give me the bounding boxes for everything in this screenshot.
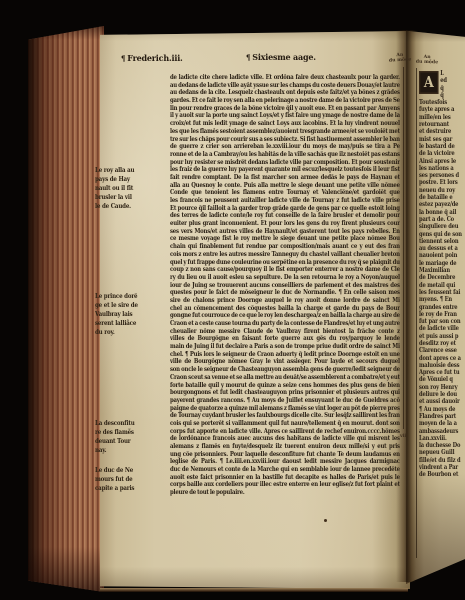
- text-line: forte bataille quil y mourut de quinze a…: [170, 382, 400, 390]
- margin-note-line: Vaulbray lais: [95, 310, 165, 319]
- text-line: les feussent fai: [419, 289, 465, 296]
- text-line: chel. ¶ Puis lors le seigneur de Craon a…: [170, 351, 400, 359]
- text-line: gongne fut courrouce de ce que le roy le…: [170, 312, 400, 320]
- text-line: Craon et a ceste cause tourna du party d…: [170, 320, 400, 328]
- text-line: de Võnuiel q: [419, 376, 465, 383]
- text-line: Flandres part: [419, 413, 465, 420]
- text-line: cheualier nõme messire Claude de Vaulbra…: [170, 328, 400, 336]
- running-head-left: ¶Frederich.iii.: [121, 53, 183, 63]
- text-line: retournant: [419, 121, 465, 128]
- text-line: et aussi dauoir: [419, 398, 465, 405]
- pilcrow-icon: ¶: [121, 54, 125, 63]
- text-line: paigne de quatorze a quinze mil alemans …: [170, 405, 400, 413]
- page-edge-stack: [28, 26, 104, 592]
- margin-note-line: nay.: [95, 446, 165, 455]
- text-line: pour luy resister se misdrẽt dedans ladi…: [170, 159, 400, 167]
- margin-note-line: pays de Hay: [95, 175, 165, 184]
- text-line: singuliere deu: [419, 223, 465, 230]
- text-line: de Bourbon et: [419, 471, 465, 478]
- column-rule-left: [403, 67, 404, 429]
- text-line: fut par son con: [419, 318, 465, 325]
- text-line: mille/en les: [419, 114, 465, 121]
- text-line: ry du lieu ou il auoit esleu sa sepultur…: [170, 274, 400, 282]
- text-line: postre. Et lors: [419, 179, 465, 186]
- text-line: son oncle le seigneur de Chasteauguyon a…: [170, 366, 400, 374]
- text-line: chain qui finablement fut rendue par com…: [170, 243, 400, 251]
- text-line: gens qui de son: [419, 231, 465, 238]
- text-line: ses persones d: [419, 172, 465, 179]
- margin-note-line: Le duc de Ne: [95, 466, 165, 475]
- page-bottom-edge: [100, 588, 408, 592]
- pilcrow-icon: ¶: [246, 53, 250, 62]
- text-line: ronne et de la a Cambray/ou les habitãs …: [170, 151, 400, 159]
- column-rule-right: [416, 68, 417, 558]
- text-line: euiter plus grant inconuenient. Et pour …: [170, 220, 400, 228]
- text-line: tiennent selon: [419, 238, 465, 245]
- text-line: au dedans de ladicte ville ayãt yssue su…: [170, 82, 400, 90]
- text-line: de ladicte ville: [419, 325, 465, 332]
- text-line: fuyte apres a: [419, 106, 465, 113]
- text-line: nepueu Guill: [419, 449, 465, 456]
- text-line: les fraiz de la guerre luy payerent quar…: [170, 166, 400, 174]
- text-line: de Decembre: [419, 274, 465, 281]
- text-line: le mariage de: [419, 260, 465, 267]
- text-line: auoit este faict prisonnier en la bastil…: [170, 474, 400, 482]
- text-line: de la victoire: [419, 150, 465, 157]
- margin-note-line: La desconfitu: [95, 419, 165, 428]
- text-line: questes pour le faict de mõseigneur le d…: [170, 289, 400, 297]
- margin-note-line: brusler la vil: [95, 193, 165, 202]
- text-line: tre sur les chãps pour courir sus a ses …: [170, 136, 400, 144]
- margin-note-line: serent lalliãce: [95, 319, 165, 328]
- text-line: iour de Juing se trouuerent aucuns conse…: [170, 282, 400, 290]
- text-line: ce mesme voyage fist le roy mettre le si…: [170, 235, 400, 243]
- text-line: q̃: [440, 92, 465, 99]
- running-head-center-title: Sixiesme aage.: [252, 52, 316, 62]
- gutter-label-line: du mõde: [414, 60, 440, 66]
- margin-note-line: le de Caude.: [95, 202, 165, 211]
- text-line: duc de Nemours et conte de la Marche qui…: [170, 466, 400, 474]
- text-line: Apres ce fut tu: [419, 369, 465, 376]
- text-line: croix/et fut mis ledit ymage de sainct L…: [170, 120, 400, 128]
- text-line: de bataille e: [419, 194, 465, 201]
- text-line: des terres de ladicte conte/le roy fut c…: [170, 212, 400, 220]
- text-line: le roy de Fran: [419, 311, 465, 318]
- text-line: les francois ne peussent auitailler ladi…: [170, 197, 400, 205]
- margin-note-line: mours fut de: [95, 475, 165, 484]
- text-line: gardes. Et ce fait le roy sen alla en pe…: [170, 97, 400, 105]
- woodcut-initial: A: [419, 71, 439, 94]
- text-line: les que les flamẽs sestoient assemblez/a…: [170, 128, 400, 136]
- gutter-label-an-du-monde-left: An du mõde: [387, 52, 414, 64]
- text-line: corps baille aux cordeliers pour illec e…: [170, 481, 400, 489]
- text-line: la bonne q̃ ail: [419, 209, 465, 216]
- text-line: fait rendre comptant. De la fist marcher…: [170, 174, 400, 182]
- text-line: Lan.xxviii.: [419, 435, 465, 442]
- text-line: de Tournay cuydant brusler les faulxbour…: [170, 412, 400, 420]
- text-line: ville de Bourgõgne nõmee Gray le vint as…: [170, 358, 400, 366]
- text-line: la duchesse Do: [419, 442, 465, 449]
- text-line: fille/et du filz d: [419, 457, 465, 464]
- text-line: neueu du roy: [419, 187, 465, 194]
- margin-note: Le duc de Nemours fut decapite a paris: [95, 466, 165, 493]
- text-line: nauoient poin: [419, 252, 465, 259]
- margin-note-line: deuant Tour: [95, 437, 165, 446]
- running-head-center: ¶Sixiesme aage.: [246, 52, 316, 62]
- text-line: Craon sceut sa venue et se alla mettre a…: [170, 374, 400, 382]
- margin-note-line: du roy.: [95, 328, 165, 337]
- text-line: ung cõe prisonniers. Pour laquelle desco…: [170, 451, 400, 459]
- text-line: de lordõnance francois auec aucuns des h…: [170, 435, 400, 443]
- text-line: pleure de tout le populaire.: [170, 489, 400, 497]
- text-line: maluoisie dess: [419, 362, 465, 369]
- text-line: corps fut apporte en ladicte ville. Apre…: [170, 428, 400, 436]
- text-line: ed: [440, 77, 465, 84]
- text-line: ambassadeurs: [419, 428, 465, 435]
- text-line: vindrent a Par: [419, 464, 465, 471]
- text-line: alla au Quesnoy le conte. Puis alla mett…: [170, 182, 400, 190]
- margin-note-line: re des flamẽs: [95, 428, 165, 437]
- text-line: le bastard de: [419, 143, 465, 150]
- text-line: son roy Henry: [419, 384, 465, 391]
- text-line: deliure le dou: [419, 391, 465, 398]
- text-line: de ladicte cite chere ladicte ville. Et …: [170, 74, 400, 82]
- margin-note-line: capite a paris: [95, 484, 165, 493]
- text-line: Toutesfois: [419, 99, 465, 106]
- margin-note: La desconfiture des flamẽsdeuant Tournay…: [95, 419, 165, 455]
- text-line: de guerre z crier son arriereban le.xxvi…: [170, 143, 400, 151]
- text-line: desditz roy et: [419, 340, 465, 347]
- text-line: L: [440, 70, 465, 77]
- text-line: payerent grandes rancons. ¶ Au moys de J…: [170, 397, 400, 405]
- text-line: il y auoit sur la porte ung sainct Loys/…: [170, 112, 400, 120]
- margin-note: Le prince dorẽge et le sire deVaulbray l…: [95, 292, 165, 336]
- main-text-block: de ladicte cite chere ladicte ville. Et …: [170, 74, 400, 497]
- text-line: lin pour rendre graces de la bõne victoi…: [170, 105, 400, 113]
- text-line: part a de. Co: [419, 216, 465, 223]
- text-line: au dedans de la cite. Lesquelz chasteaul…: [170, 89, 400, 97]
- text-line: bourgongnons et fut ledit chasteauguyon …: [170, 389, 400, 397]
- text-line: leglise de Paris. ¶ Le.iiii.en.xxviii.io…: [170, 458, 400, 466]
- text-line: ses vers Mons/et autres villes de Haynau…: [170, 228, 400, 236]
- text-line: et destruire: [419, 128, 465, 135]
- text-line: q̃: [440, 85, 465, 92]
- margin-note-line: nault ou il fit: [95, 184, 165, 193]
- text-line: Ainsi apres le: [419, 158, 465, 165]
- text-line: Clarence esse: [419, 347, 465, 354]
- text-line: chel au cõmencement des cõquestes bailla…: [170, 305, 400, 313]
- margin-note-line: Le roy alla au: [95, 166, 165, 175]
- text-line: de metail qui: [419, 282, 465, 289]
- text-line: sire de chalons prince Doornge auquel le…: [170, 297, 400, 305]
- text-line: alemans z flamẽs en fuyte/desquelz ilz t…: [170, 443, 400, 451]
- text-line: quel y fut frappe dune couleurine ou ser…: [170, 259, 400, 267]
- text-line: coup z non sans cause/pourquoy il le fis…: [170, 266, 400, 274]
- text-line: et puis aussi p: [419, 333, 465, 340]
- margin-note-line: ge et le sire de: [95, 301, 165, 310]
- text-line: Conde que tenoient les flamens entre Tou…: [170, 189, 400, 197]
- text-line: moyen de la a: [419, 420, 465, 427]
- margin-note-line: Le prince dorẽ: [95, 292, 165, 301]
- text-line: les nations a: [419, 165, 465, 172]
- running-head-left-title: Frederich.iii.: [127, 53, 182, 63]
- text-line: Et pource q̃il failloit a la garder trop…: [170, 205, 400, 213]
- text-line: main de Juing il fut declaire a Paris a …: [170, 343, 400, 351]
- margin-note: Le roy alla aupays de Haynault ou il fit…: [95, 166, 165, 210]
- text-line: estez payez/de: [419, 201, 465, 208]
- ink-spot: [324, 519, 327, 522]
- text-line: Maximilian: [419, 267, 465, 274]
- book-photo: ¶Frederich.iii. ¶Sixiesme aage. An du mõ…: [0, 0, 465, 600]
- right-page-text-block: A Ledq̃q̃Toutesfoisfuyte apres amille/en…: [419, 70, 465, 479]
- text-line: au dessus et a: [419, 245, 465, 252]
- text-line: cois qui se porterẽt si vaillamment quil…: [170, 420, 400, 428]
- text-line: myens. ¶ En: [419, 296, 465, 303]
- text-line: dont apres ce a: [419, 355, 465, 362]
- gutter-label-an-du-monde-right: An du mõde: [414, 55, 440, 66]
- text-line: grandes entre: [419, 304, 465, 311]
- text-line: villes de Bourgõgne en faisant forte gue…: [170, 335, 400, 343]
- margin-year-number: vii: [400, 434, 406, 439]
- text-line: mist ses gar: [419, 136, 465, 143]
- text-line: cois mors z entre les autres messire Tan…: [170, 251, 400, 259]
- text-line: ¶ Au moys de: [419, 406, 465, 413]
